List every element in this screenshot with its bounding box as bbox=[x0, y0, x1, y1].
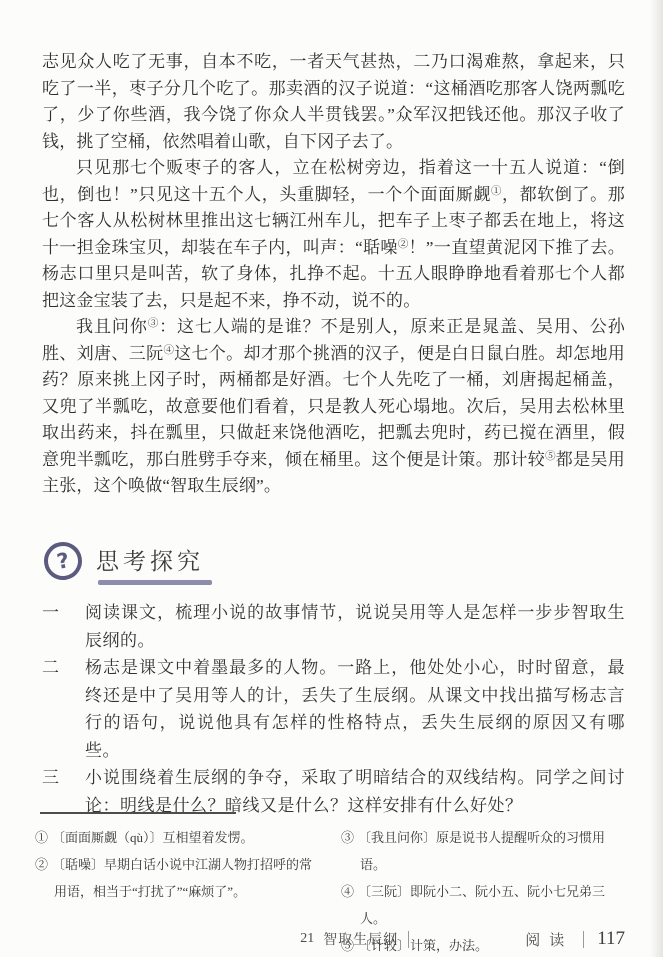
lesson-body-text: 志见众人吃了无事，自本不吃，一者天气甚热，二乃口渴难熬，拿起来，只吃了一半，枣子… bbox=[42, 49, 625, 500]
question-item: 一 阅读课文，梳理小说的故事情节，说说吴用等人是怎样一步步智取生辰纲的。 bbox=[42, 599, 625, 654]
question-number: 二 bbox=[42, 654, 85, 764]
footnote-text: 〔我且问你〕原是说书人提醒听众的习惯用语。 bbox=[358, 830, 605, 872]
lesson-number: 21 bbox=[300, 931, 314, 947]
footnote-text: 〔面面厮觑（qù）〕互相望着发愣。 bbox=[52, 830, 254, 845]
question-item: 二 杨志是课文中着墨最多的人物。一路上，他处处小心，时时留意，最终还是中了吴用等… bbox=[42, 654, 625, 764]
footnote-marker: ② bbox=[35, 857, 48, 872]
footnote-item: ②〔聒噪〕早期白话小说中江湖人物打招呼的常用语，相当于“打扰了”“麻烦了”。 bbox=[35, 851, 323, 905]
lesson-title: 智取生辰纲 bbox=[323, 929, 398, 949]
footnote-divider bbox=[40, 812, 236, 814]
section-title: 思考探究 bbox=[96, 549, 204, 574]
footnote-item: ④〔三阮〕即阮小二、阮小五、阮小七兄弟三人。 bbox=[341, 878, 627, 932]
footnote-item: ①〔面面厮觑（qù）〕互相望着发愣。 bbox=[35, 824, 323, 851]
footnote-marker: ③ bbox=[341, 830, 354, 845]
vertical-divider bbox=[583, 931, 584, 948]
footnote-text: 〔聒噪〕早期白话小说中江湖人物打招呼的常用语，相当于“打扰了”“麻烦了”。 bbox=[52, 857, 312, 899]
question-text: 阅读课文，梳理小说的故事情节，说说吴用等人是怎样一步步智取生辰纲的。 bbox=[85, 599, 625, 654]
section-title-underline bbox=[98, 580, 212, 585]
question-mark-icon: ? bbox=[41, 539, 85, 583]
unit-label: 阅读 bbox=[525, 929, 573, 950]
footnote-marker: ① bbox=[35, 830, 48, 845]
textbook-page: 志见众人吃了无事，自本不吃，一者天气甚热，二乃口渴难熬，拿起来，只吃了一半，枣子… bbox=[0, 0, 663, 957]
question-item: 三 小说围绕着生辰纲的争夺，采取了明暗结合的双线结构。同学之间讨论：明线是什么？… bbox=[42, 764, 625, 819]
footnote-column-left: ①〔面面厮觑（qù）〕互相望着发愣。 ②〔聒噪〕早期白话小说中江湖人物打招呼的常… bbox=[35, 824, 323, 957]
paragraph: 我且问你③：这七人端的是谁？不是别人，原来正是晁盖、吴用、公孙胜、刘唐、三阮④这… bbox=[42, 314, 625, 500]
footnote-item: ③〔我且问你〕原是说书人提醒听众的习惯用语。 bbox=[341, 824, 627, 878]
page-edge-shadow bbox=[650, 0, 663, 957]
thinking-exploration-header: ? 思考探究 bbox=[44, 542, 212, 585]
page-footer: 21 智取生辰纲 阅读 117 bbox=[300, 928, 625, 950]
question-text: 杨志是课文中着墨最多的人物。一路上，他处处小心，时时留意，最终还是中了吴用等人的… bbox=[85, 654, 625, 764]
question-number: 一 bbox=[42, 599, 85, 654]
page-number: 117 bbox=[597, 928, 625, 950]
question-text: 小说围绕着生辰纲的争夺，采取了明暗结合的双线结构。同学之间讨论：明线是什么？暗线… bbox=[85, 764, 625, 819]
questions-list: 一 阅读课文，梳理小说的故事情节，说说吴用等人是怎样一步步智取生辰纲的。 二 杨… bbox=[42, 599, 625, 819]
footnote-text: 〔三阮〕即阮小二、阮小五、阮小七兄弟三人。 bbox=[358, 884, 605, 926]
paragraph: 只见那七个贩枣子的客人，立在松树旁边，指着这一十五人说道：“倒也，倒也！”只见这… bbox=[42, 155, 625, 314]
section-title-block: 思考探究 bbox=[96, 542, 212, 585]
vertical-divider bbox=[408, 931, 409, 948]
footnote-marker: ④ bbox=[341, 884, 354, 899]
paragraph: 志见众人吃了无事，自本不吃，一者天气甚热，二乃口渴难熬，拿起来，只吃了一半，枣子… bbox=[42, 49, 625, 155]
question-number: 三 bbox=[42, 764, 85, 819]
